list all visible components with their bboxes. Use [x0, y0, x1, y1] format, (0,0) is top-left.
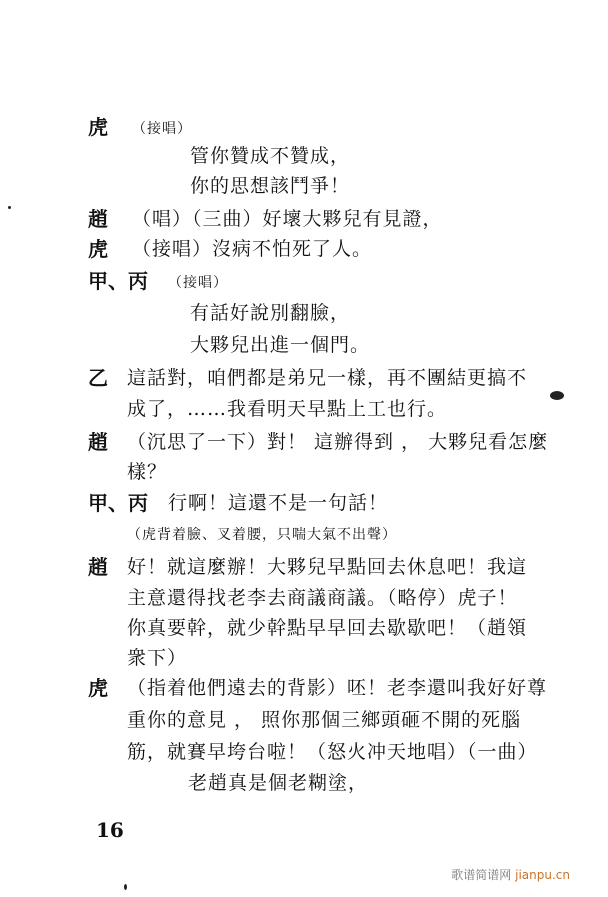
dialogue-line: （指着他們遠去的背影）呸！老李還叫我好好尊 — [127, 677, 547, 699]
dialogue-line: 你真要幹，就少幹點早早回去歇歇吧！（趙領 — [127, 617, 527, 639]
dialogue-line: 這話對，咱們都是弟兄一樣，再不團結更搞不 — [127, 367, 527, 389]
dialogue-line: 樣？ — [127, 461, 167, 483]
dialogue-line: 好！就這麼辦！大夥兒早點回去休息吧！我這 — [127, 556, 527, 578]
verse-line: 大夥兒出進一個門。 — [190, 334, 370, 356]
dialogue-line: （接唱）沒病不怕死了人。 — [132, 238, 372, 260]
page-number: 16 — [96, 818, 124, 842]
dialogue-line: 行啊！這還不是一句話！ — [168, 492, 388, 514]
verse-line: 有話好說別翻臉， — [190, 302, 350, 324]
scan-speck — [124, 884, 127, 890]
speaker-label: 趙 — [88, 556, 108, 578]
dialogue-line: 主意還得找老李去商議商議。（略停）虎子！ — [127, 587, 518, 609]
speaker-label: 乙 — [88, 367, 108, 389]
speaker-label: 甲、丙 — [88, 492, 148, 514]
speaker-label: 虎 — [88, 677, 108, 699]
scan-speck — [8, 206, 11, 209]
dialogue-line: 筋，就賽早垮台啦！（怒火冲天地唱）（一曲） — [127, 741, 538, 763]
speaker-label: 虎 — [88, 238, 108, 260]
speaker-label: 甲、丙 — [88, 270, 148, 292]
speaker-label: 虎 — [88, 116, 108, 138]
verse-line: 老趙真是個老糊塗， — [188, 772, 368, 794]
stage-direction: （接唱） — [132, 118, 192, 140]
ink-blot — [550, 391, 564, 400]
dialogue-line: 成了，……我看明天早點上工也行。 — [127, 398, 447, 420]
watermark-cn: 歌谱简谱网 — [451, 868, 511, 882]
verse-line: 管你贊成不贊成， — [190, 145, 350, 167]
watermark-en: jianpu.cn — [515, 868, 570, 882]
dialogue-line: 衆下） — [127, 647, 187, 669]
speaker-label: 趙 — [88, 431, 108, 453]
dialogue-line: （唱）（三曲）好壞大夥兒有見證， — [132, 208, 443, 230]
speaker-label: 趙 — [88, 208, 108, 230]
dialogue-line: 重你的意見 ， 照你那個三鄉頭砸不開的死腦 — [127, 709, 521, 731]
stage-direction: （接唱） — [168, 272, 228, 294]
dialogue-line: （沉思了一下）對！ 這辦得到 ， 大夥兒看怎麼 — [127, 431, 548, 453]
stage-direction: （虎背着臉、叉着腰，只喘大氣不出聲） — [127, 524, 397, 546]
verse-line: 你的思想該鬥爭！ — [190, 175, 350, 197]
watermark: 歌谱简谱网 jianpu.cn — [451, 866, 570, 883]
